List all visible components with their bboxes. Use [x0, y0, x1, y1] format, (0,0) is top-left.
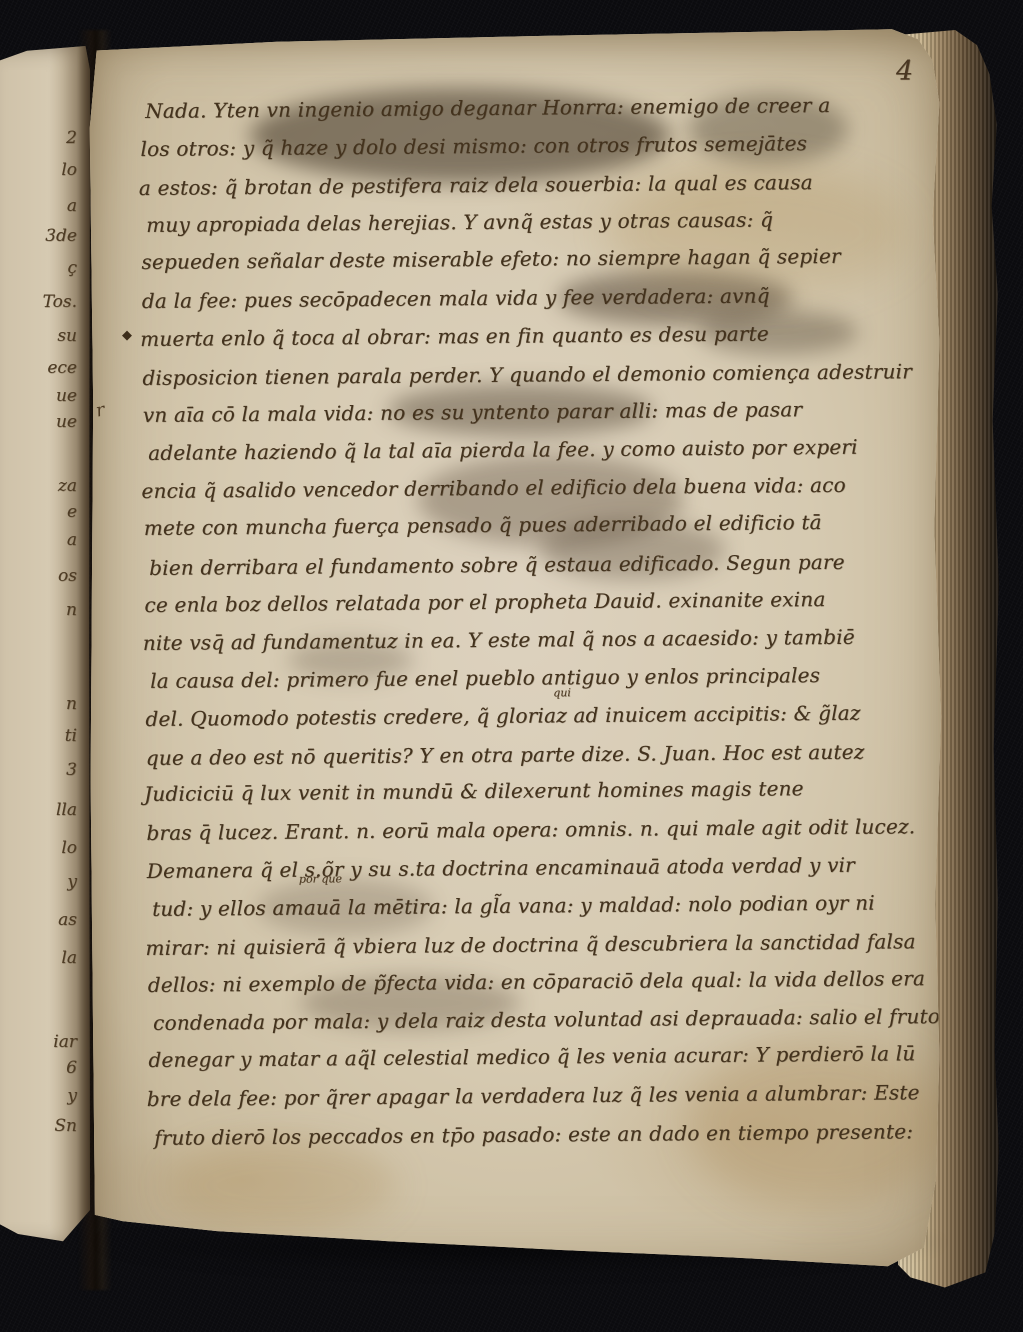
manuscript-line: del. Quomodo potestis credere, q̃ gloria… [145, 693, 935, 738]
margin-fragment: e [67, 502, 77, 522]
margin-bullet-mark: ◆ [122, 328, 132, 343]
margin-fragment: y [67, 1086, 77, 1106]
manuscript-line: denegar y matar a aq̃l celestial medico … [148, 1034, 938, 1079]
margin-flourish-mark: r [94, 399, 107, 421]
text-block: qui por que Nada. Yten vn ingenio amigo … [140, 85, 939, 1156]
margin-fragment: ue [56, 386, 77, 406]
manuscript-line: Judiciciū q̄ lux venit in mundū & dilexe… [144, 768, 936, 813]
manuscript-line: fruto dierō los peccados en tp̄o pasado:… [154, 1112, 939, 1157]
margin-fragment: su [57, 326, 77, 346]
margin-fragment: ue [56, 412, 77, 432]
margin-fragment: n [66, 694, 77, 714]
margin-fragment: ç [67, 258, 77, 278]
margin-fragment: 6 [66, 1058, 77, 1078]
margin-fragment: Tos. [43, 292, 77, 312]
margin-fragment: Sn [54, 1116, 77, 1136]
manuscript-line: muerta enlo q̃ toca al obrar: mas en fin… [140, 313, 932, 358]
margin-fragment: os [58, 566, 77, 586]
margin-fragment: 2 [66, 128, 77, 148]
margin-fragment: lla [56, 800, 77, 820]
margin-fragment: a [67, 196, 77, 216]
margin-fragment: ti [65, 726, 77, 746]
manuscript-photo-scene: 2loa3deçTos.sueceueuezaeaosnnti3llaloyas… [0, 0, 1023, 1332]
margin-fragment: 3de [45, 226, 77, 246]
manuscript-page: 4 ◆ r qui por que Nada. Yten vn ingenio … [88, 28, 948, 1280]
margin-fragment: za [58, 476, 77, 496]
margin-fragment: lo [61, 838, 77, 858]
margin-fragment: 3 [66, 760, 77, 780]
margin-fragment: ece [47, 358, 77, 378]
margin-fragment: la [61, 948, 77, 968]
margin-fragment: lo [61, 160, 77, 180]
margin-fragment: iar [53, 1032, 77, 1052]
manuscript-line: los otros: y q̃ haze y dolo desi mismo: … [140, 123, 930, 168]
margin-fragment: y [67, 872, 77, 892]
facing-page-edge: 2loa3deçTos.sueceueuezaeaosnnti3llaloyas… [0, 46, 90, 1246]
manuscript-line: tud: y ellos amauā la mētira: la gl̃a va… [152, 883, 937, 928]
manuscript-line: bre dela fee: por q̃rer apagar la verdad… [147, 1073, 939, 1118]
manuscript-line: sepueden señalar deste miserable efeto: … [141, 236, 931, 281]
manuscript-line: mete con muncha fuerça pensado q̃ pues a… [144, 502, 934, 547]
folio-number: 4 [896, 56, 913, 87]
margin-fragment: n [66, 600, 77, 620]
margin-fragment: as [58, 910, 77, 930]
margin-fragment: a [67, 530, 77, 550]
